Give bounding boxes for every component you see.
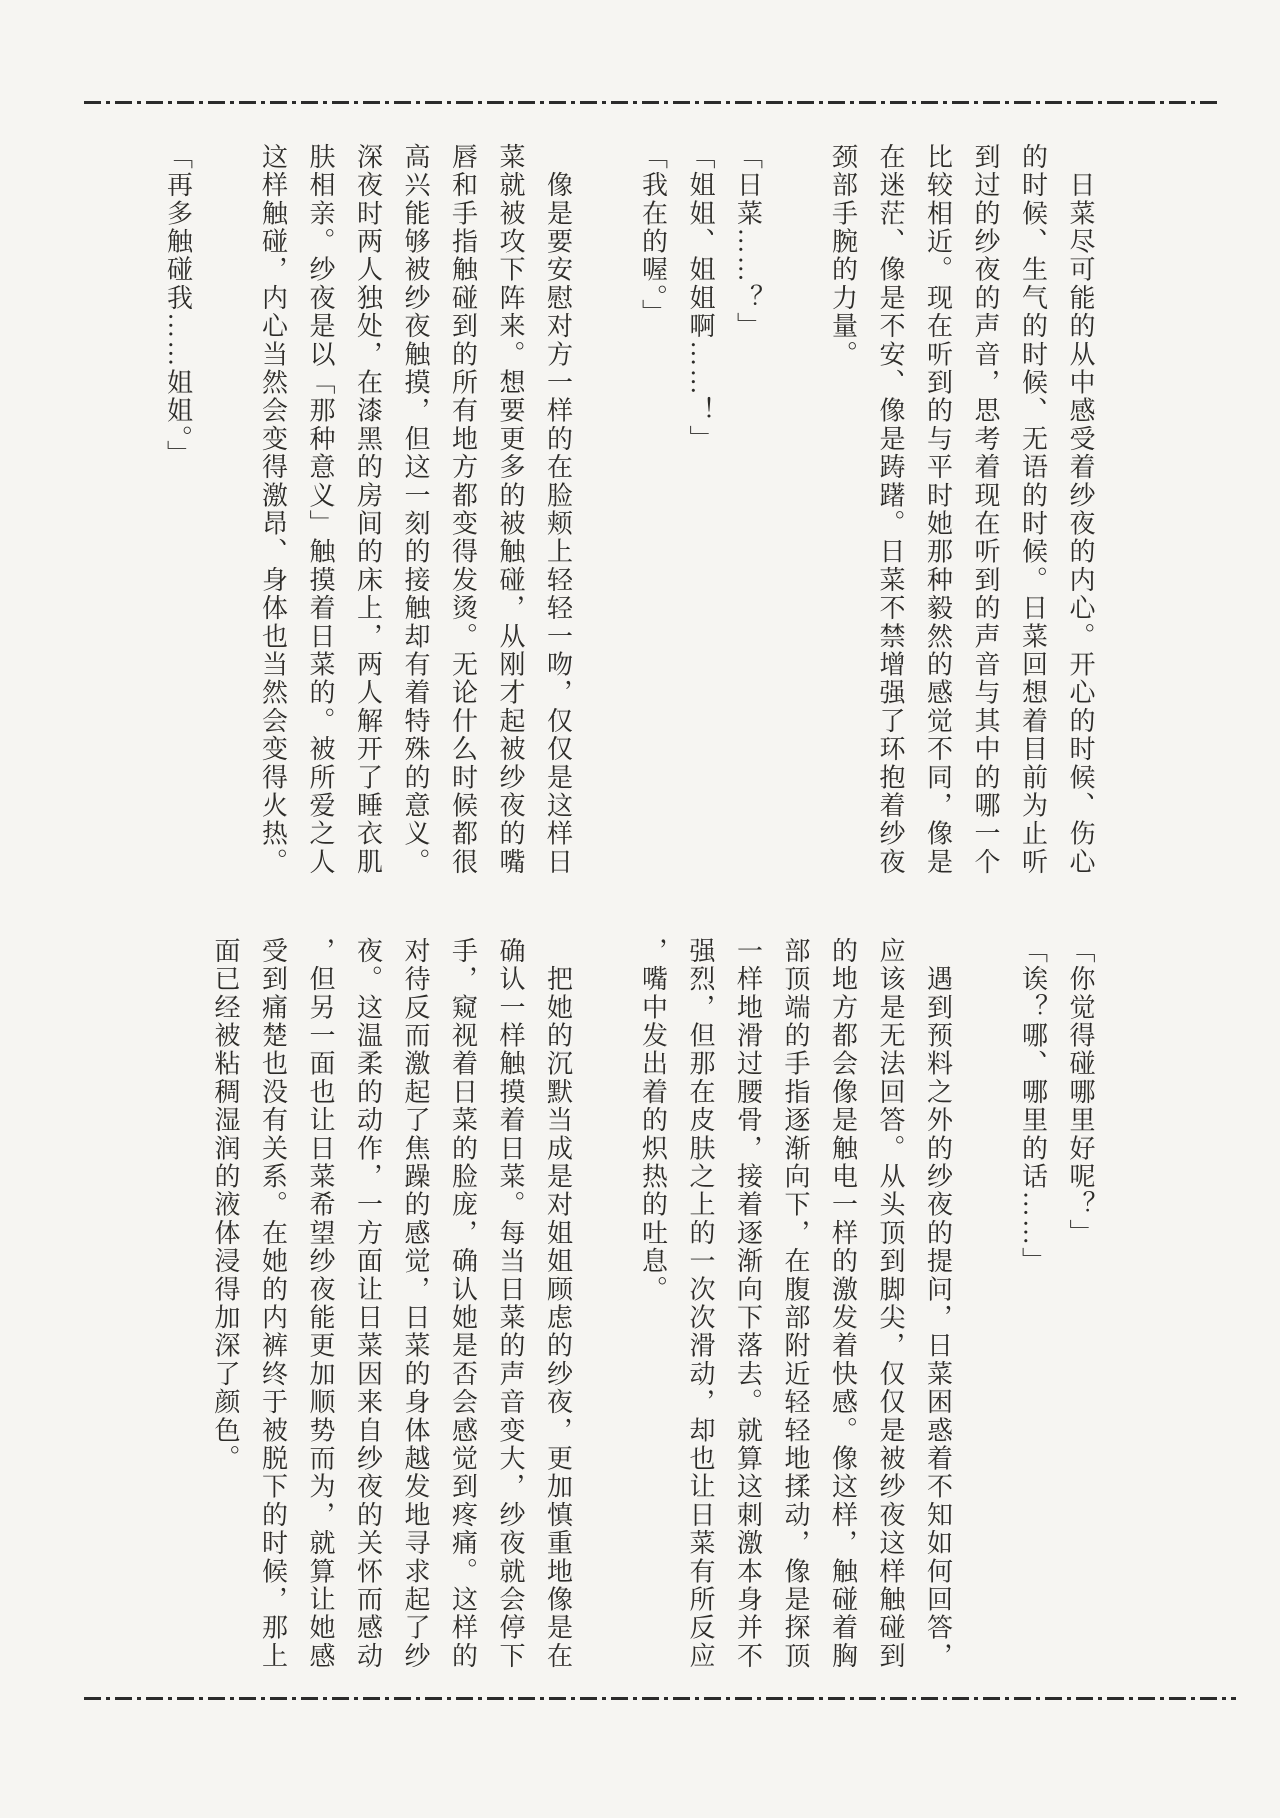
- text-column: [582, 937, 630, 1677]
- text-column: [202, 143, 250, 883]
- text-column: 受到痛楚也没有关系。在她的内裤终于被脱下的时候，那上: [249, 937, 297, 1677]
- text-column: 一样地滑过腰骨，接着逐渐向下落去。就算这刺激本身并不: [724, 937, 772, 1677]
- text-column: 面已经被粘稠湿润的液体浸得加深了颜色。: [202, 937, 250, 1677]
- text-column: 到过的纱夜的声音，思考着现在听到的声音与其中的哪一个: [962, 143, 1010, 883]
- text-column: 确认一样触摸着日菜。每当日菜的声音变大，纱夜就会停下: [487, 937, 535, 1677]
- dialogue-column: 「再多触碰我……姐姐。」: [154, 143, 202, 883]
- text-column: 深夜时两人独处，在漆黑的房间的床上，两人解开了睡衣肌: [344, 143, 392, 883]
- text-column: 比较相近。现在听到的与平时她那种毅然的感觉不同，像是: [914, 143, 962, 883]
- text-column: 把她的沉默当成是对姐姐顾虑的纱夜，更加慎重地像是在: [534, 937, 582, 1677]
- passage-top: 日菜尽可能的从中感受着纱夜的内心。开心的时候、伤心的时候、生气的时候、无语的时候…: [154, 143, 1104, 883]
- text-column: 应该是无法回答。从头顶到脚尖，仅仅是被纱夜这样触碰到: [867, 937, 915, 1677]
- text-column: 的时候、生气的时候、无语的时候。日菜回想着目前为止听: [1009, 143, 1057, 883]
- dialogue-column: 「姐姐、姐姐啊……！」: [677, 143, 725, 883]
- text-column: 高兴能够被纱夜触摸，但这一刻的接触却有着特殊的意义。: [392, 143, 440, 883]
- text-column: 肤相亲。纱夜是以「那种意义」触摸着日菜的。被所爱之人: [297, 143, 345, 883]
- text-column: 遇到预料之外的纱夜的提问，日菜困惑着不知如何回答，: [914, 937, 962, 1677]
- text-column: 部顶端的手指逐渐向下，在腹部附近轻轻地揉动，像是探顶: [772, 937, 820, 1677]
- text-column: 手，窥视着日菜的脸庞，确认她是否会感觉到疼痛。这样的: [439, 937, 487, 1677]
- dialogue-column: 「你觉得碰哪里好呢？」: [1057, 937, 1105, 1677]
- text-column: 菜就被攻下阵来。想要更多的被触碰，从刚才起被纱夜的嘴: [487, 143, 535, 883]
- text-column: [962, 937, 1010, 1677]
- top-dash-divider: [84, 101, 1220, 104]
- text-column: 颈部手腕的力量。: [819, 143, 867, 883]
- text-column: 的地方都会像是触电一样的激发着快感。像这样，触碰着胸: [819, 937, 867, 1677]
- dialogue-column: 「我在的喔。」: [629, 143, 677, 883]
- text-column: 在迷茫、像是不安、像是踌躇。日菜不禁增强了环抱着纱夜: [867, 143, 915, 883]
- passage-bottom: 「你觉得碰哪里好呢？」「诶？哪、哪里的话……」 遇到预料之外的纱夜的提问，日菜困…: [202, 937, 1105, 1677]
- text-column: ，嘴中发出着的炽热的吐息。: [629, 937, 677, 1677]
- text-column: 夜。这温柔的动作，一方面让日菜因来自纱夜的关怀而感动: [344, 937, 392, 1677]
- text-column: [772, 143, 820, 883]
- text-column: 唇和手指触碰到的所有地方都变得发烫。无论什么时候都很: [439, 143, 487, 883]
- text-column: 像是要安慰对方一样的在脸颊上轻轻一吻，仅仅是这样日: [534, 143, 582, 883]
- text-column: 这样触碰，内心当然会变得激昂、身体也当然会变得火热。: [249, 143, 297, 883]
- text-column: 强烈，但那在皮肤之上的一次次滑动，却也让日菜有所反应: [677, 937, 725, 1677]
- dialogue-column: 「诶？哪、哪里的话……」: [1009, 937, 1057, 1677]
- text-column: ，但另一面也让日菜希望纱夜能更加顺势而为，就算让她感: [297, 937, 345, 1677]
- text-column: 日菜尽可能的从中感受着纱夜的内心。开心的时候、伤心: [1057, 143, 1105, 883]
- text-column: [582, 143, 630, 883]
- scanned-page: 日菜尽可能的从中感受着纱夜的内心。开心的时候、伤心的时候、生气的时候、无语的时候…: [0, 0, 1280, 1818]
- dialogue-column: 「日菜……？」: [724, 143, 772, 883]
- bottom-dash-divider: [84, 1697, 1236, 1700]
- text-column: 对待反而激起了焦躁的感觉，日菜的身体越发地寻求起了纱: [392, 937, 440, 1677]
